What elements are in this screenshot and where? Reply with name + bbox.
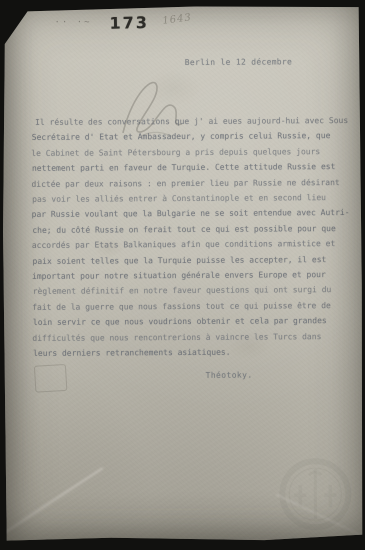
registry-number-stamp: 173 [109, 13, 149, 33]
typed-line: paix soient telles que la Turquie puisse… [32, 252, 352, 269]
letter-body: Il résulte des conversations que j' ai e… [31, 113, 352, 361]
dateline: Berlin le 12 décembre [185, 57, 293, 67]
archive-seal-watermark [276, 455, 354, 533]
paper-crease [0, 467, 103, 540]
pencil-marks: ·· ·∼ [54, 18, 91, 28]
typed-line: leurs derniers retranchements asiatiques… [33, 344, 353, 361]
handwritten-annotation: 1643 [162, 12, 193, 27]
scanned-document-photo: ·· ·∼ 173 1643 Berlin le 12 décembre Il … [0, 0, 365, 550]
document-header: ·· ·∼ 173 1643 [54, 13, 191, 36]
document-page: ·· ·∼ 173 1643 Berlin le 12 décembre Il … [0, 0, 365, 550]
signature: Théotoky. [206, 371, 253, 380]
paper-crease [275, 493, 365, 542]
pencil-box-mark [34, 364, 68, 393]
typed-line: pas voir les alliés entrer à Constantino… [32, 190, 352, 207]
